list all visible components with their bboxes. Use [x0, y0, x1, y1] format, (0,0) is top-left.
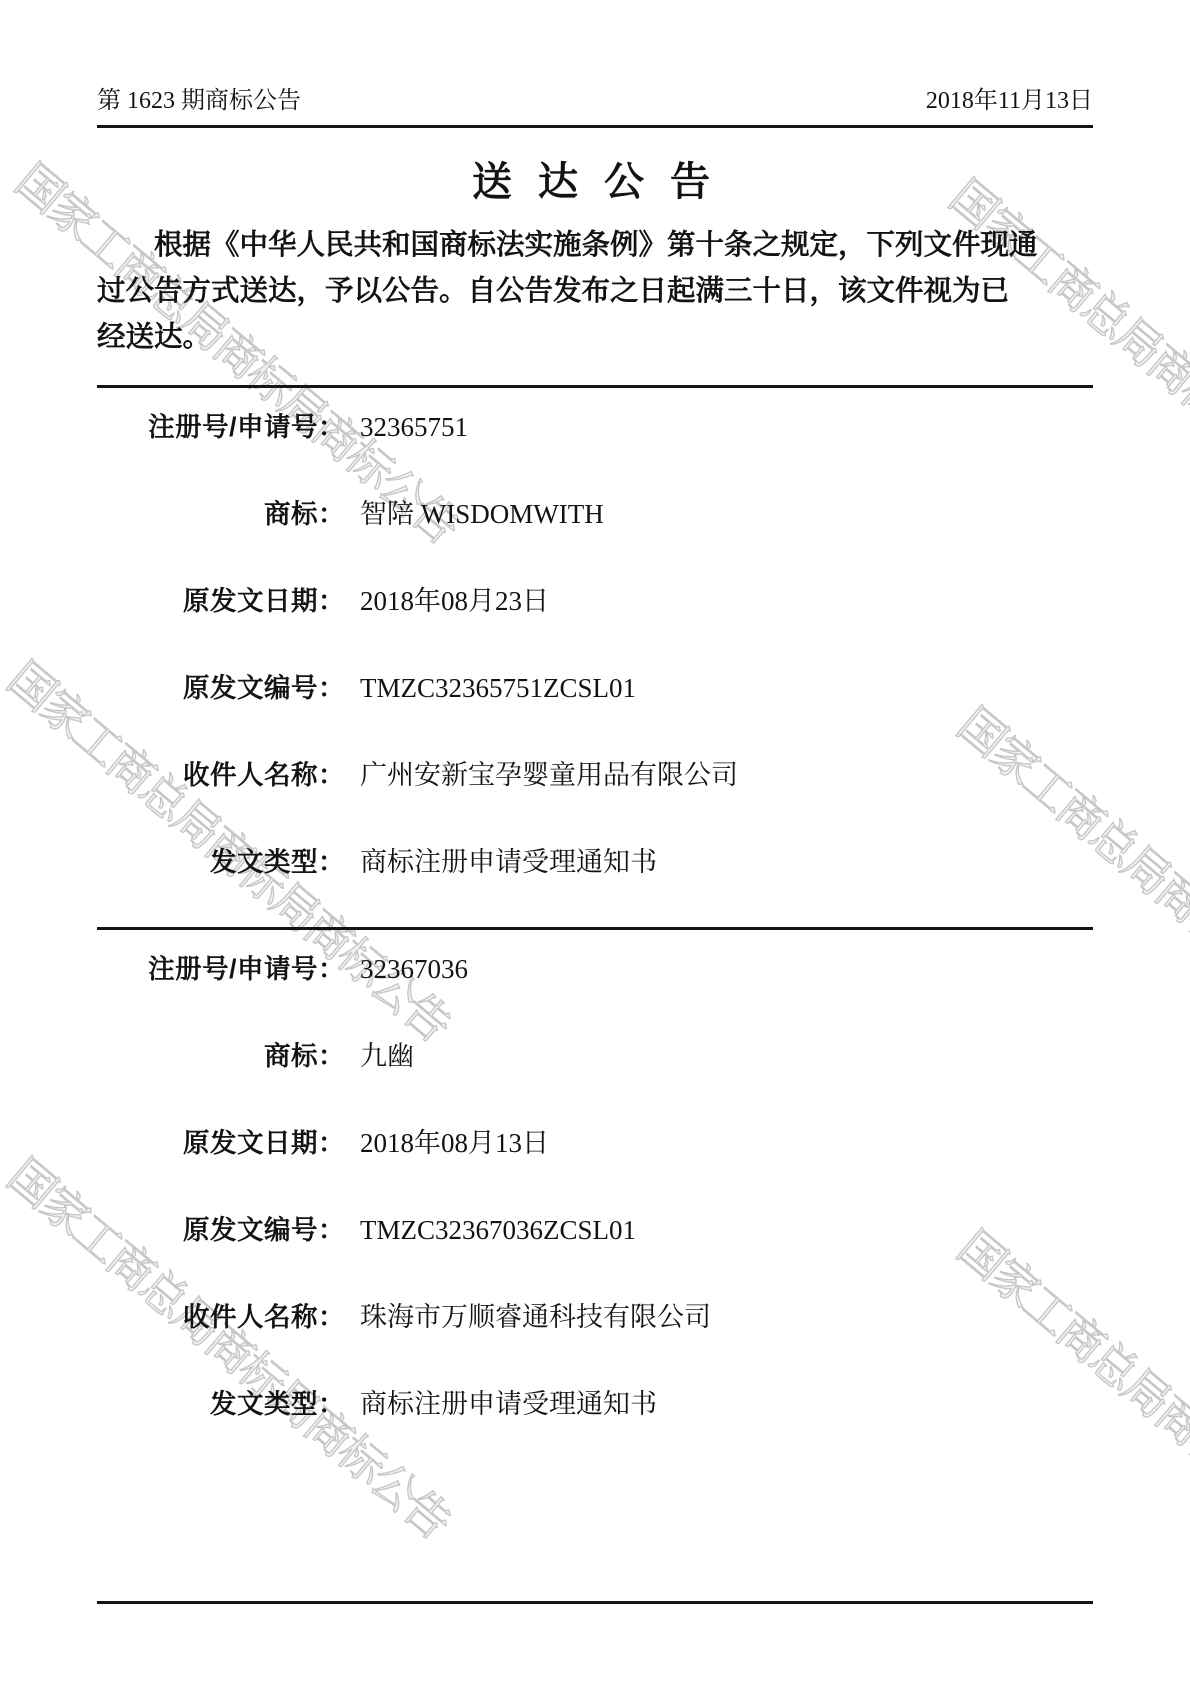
field-value: TMZC32367036ZCSL01	[360, 1215, 636, 1246]
field-value: 广州安新宝孕婴童用品有限公司	[360, 753, 738, 792]
field-value: 商标注册申请受理通知书	[360, 1382, 657, 1421]
field-row-recipient: 收件人名称： 珠海市万顺睿通科技有限公司	[97, 1295, 1093, 1382]
intro-line: 过公告方式送达，予以公告。自公告发布之日起满三十日，该文件视为已	[97, 269, 1093, 315]
record-1: 注册号/申请号： 32365751 商标： 智陪 WISDOMWITH 原发文日…	[97, 385, 1093, 927]
field-label: 原发文日期：	[97, 1121, 345, 1160]
field-value: 珠海市万顺睿通科技有限公司	[360, 1295, 711, 1334]
field-label: 原发文编号：	[97, 1208, 345, 1247]
intro-line: 经送达。	[97, 315, 1093, 361]
field-value: 2018年08月23日	[360, 579, 549, 618]
field-row-recipient: 收件人名称： 广州安新宝孕婴童用品有限公司	[97, 753, 1093, 840]
intro-line: 根据《中华人民共和国商标法实施条例》第十条之规定，下列文件现通	[97, 223, 1093, 269]
field-value: 九幽	[360, 1034, 414, 1073]
content-column: 第 1623 期商标公告 2018年11月13日 送 达 公 告 根据《中华人民…	[97, 0, 1093, 1604]
field-value: 2018年08月13日	[360, 1121, 549, 1160]
field-label: 注册号/申请号：	[97, 405, 345, 444]
gazette-issue: 第 1623 期商标公告	[97, 80, 301, 115]
field-label: 商标：	[97, 492, 345, 531]
field-value: 32365751	[360, 412, 468, 443]
field-label: 收件人名称：	[97, 753, 345, 792]
field-value: 智陪 WISDOMWITH	[360, 492, 604, 531]
gazette-date: 2018年11月13日	[926, 80, 1093, 115]
field-row-orig-date: 原发文日期： 2018年08月23日	[97, 579, 1093, 666]
field-value: TMZC32365751ZCSL01	[360, 673, 636, 704]
field-label: 收件人名称：	[97, 1295, 345, 1334]
field-label: 原发文日期：	[97, 579, 345, 618]
field-row-doc-type: 发文类型： 商标注册申请受理通知书	[97, 1382, 1093, 1469]
header-rule	[97, 125, 1093, 128]
page-header: 第 1623 期商标公告 2018年11月13日	[97, 0, 1093, 115]
intro-paragraph: 根据《中华人民共和国商标法实施条例》第十条之规定，下列文件现通 过公告方式送达，…	[97, 223, 1093, 361]
field-row-reg-no: 注册号/申请号： 32365751	[97, 405, 1093, 492]
field-row-orig-no: 原发文编号： TMZC32367036ZCSL01	[97, 1208, 1093, 1295]
field-label: 发文类型：	[97, 840, 345, 879]
field-row-orig-date: 原发文日期： 2018年08月13日	[97, 1121, 1093, 1208]
field-row-reg-no: 注册号/申请号： 32367036	[97, 947, 1093, 1034]
field-label: 注册号/申请号：	[97, 947, 345, 986]
field-row-orig-no: 原发文编号： TMZC32365751ZCSL01	[97, 666, 1093, 753]
field-row-trademark: 商标： 智陪 WISDOMWITH	[97, 492, 1093, 579]
field-label: 原发文编号：	[97, 666, 345, 705]
field-value: 商标注册申请受理通知书	[360, 840, 657, 879]
page-title: 送 达 公 告	[97, 150, 1093, 207]
field-label: 商标：	[97, 1034, 345, 1073]
field-label: 发文类型：	[97, 1382, 345, 1421]
field-row-doc-type: 发文类型： 商标注册申请受理通知书	[97, 840, 1093, 927]
field-value: 32367036	[360, 954, 468, 985]
record-2: 注册号/申请号： 32367036 商标： 九幽 原发文日期： 2018年08月…	[97, 927, 1093, 1469]
records-section: 注册号/申请号： 32365751 商标： 智陪 WISDOMWITH 原发文日…	[97, 385, 1093, 1604]
field-row-trademark: 商标： 九幽	[97, 1034, 1093, 1121]
document-page: 国家工商总局商标局商标公告 国家工商总局商标局商标公告 国家工商总局商标局商标公…	[0, 0, 1190, 1684]
bottom-rule	[97, 1601, 1093, 1604]
